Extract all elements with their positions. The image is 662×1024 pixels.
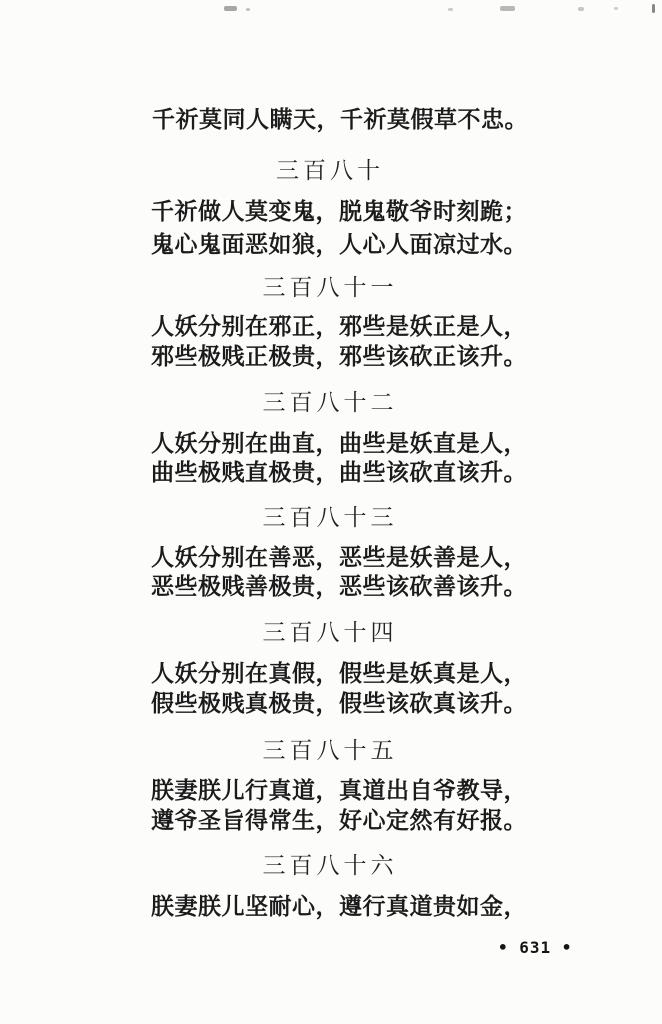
scan-artifact bbox=[246, 8, 250, 11]
verse-heading-381: 三百八十一 bbox=[140, 269, 520, 302]
scan-artifact bbox=[500, 6, 515, 11]
verse-heading-382: 三百八十二 bbox=[140, 384, 520, 417]
scan-artifact bbox=[224, 6, 237, 11]
verse-line: 人妖分别在真假，假些是妖真是人， bbox=[151, 655, 527, 688]
scan-artifact bbox=[614, 7, 618, 10]
verse-line: 人妖分别在邪正，邪些是妖正是人， bbox=[151, 308, 527, 341]
verse-line: 邪些极贱正极贵，邪些该砍正该升。 bbox=[151, 338, 527, 371]
verse-line: 千祈做人莫变鬼，脱鬼敬爷时刻跪； bbox=[151, 193, 527, 226]
verse-line: 曲些极贱直极贵，曲些该砍直该升。 bbox=[151, 454, 527, 487]
verse-line: 假些极贱真极贵，假些该砍真该升。 bbox=[151, 685, 527, 718]
verse-line: 遵爷圣旨得常生，好心定然有好报。 bbox=[151, 802, 527, 835]
verse-line: 朕妻朕儿坚耐心，遵行真道贵如金， bbox=[151, 888, 527, 921]
verse-379-continuation: 千祈莫同人瞒天，千祈莫假草不忠。 bbox=[152, 101, 528, 134]
book-page: 千祈莫同人瞒天，千祈莫假草不忠。 三百八十 千祈做人莫变鬼，脱鬼敬爷时刻跪； 鬼… bbox=[0, 0, 662, 1024]
verse-line: 恶些极贱善极贵，恶些该砍善该升。 bbox=[151, 568, 527, 601]
verse-heading-385: 三百八十五 bbox=[140, 732, 520, 765]
page-number: • 631 • bbox=[498, 938, 572, 957]
verse-heading-384: 三百八十四 bbox=[140, 614, 520, 647]
scan-artifact bbox=[448, 8, 453, 11]
verse-heading-380: 三百八十 bbox=[140, 152, 520, 185]
scan-artifact bbox=[652, 4, 655, 13]
scan-artifact bbox=[578, 7, 584, 11]
verse-heading-383: 三百八十三 bbox=[140, 499, 520, 532]
verse-heading-386: 三百八十六 bbox=[140, 847, 520, 880]
verse-line: 朕妻朕儿行真道，真道出自爷教导， bbox=[151, 772, 527, 805]
verse-line: 鬼心鬼面恶如狼，人心人面凉过水。 bbox=[151, 226, 527, 259]
